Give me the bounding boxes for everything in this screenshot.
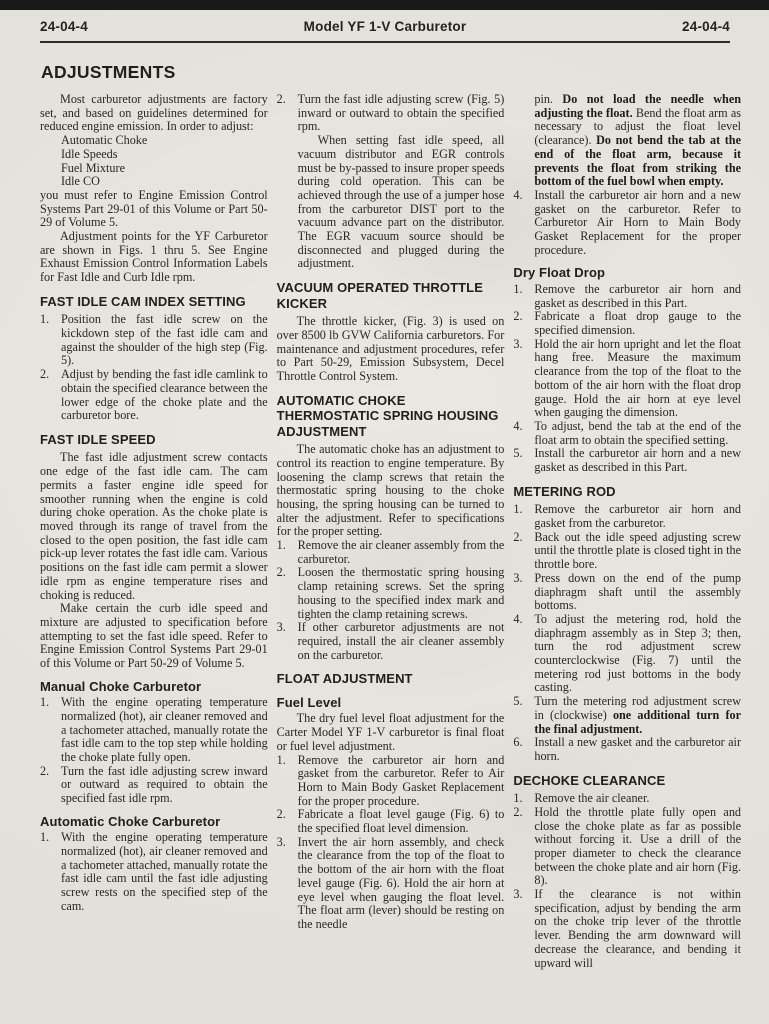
list-number: 2. (513, 310, 522, 324)
plain-list-item: Fuel Mixture (40, 162, 268, 176)
list-item: 6.Install a new gasket and the carbureto… (513, 736, 741, 763)
list-number: 5. (513, 447, 522, 461)
list-number: 1. (513, 503, 522, 517)
list-item: 4.To adjust the metering rod, hold the d… (513, 613, 741, 695)
list-item: 1.Position the fast idle screw on the ki… (40, 313, 268, 368)
list-continuation: When setting fast idle speed, all vacuum… (277, 134, 505, 271)
section-heading: AUTOMATIC CHOKE THERMOSTATIC SPRING HOUS… (277, 393, 505, 440)
list-item: 2.Back out the idle speed adjusting scre… (513, 531, 741, 572)
list-item: 1.Remove the carburetor air horn and gas… (513, 503, 741, 530)
list-item: 2.Fabricate a float level gauge (Fig. 6)… (277, 808, 505, 835)
list-item: 3.If other carburetor adjustments are no… (277, 621, 505, 662)
section-heading: METERING ROD (513, 484, 741, 500)
list-item: 1.With the engine operating temperature … (40, 696, 268, 765)
plain-list-item: Automatic Choke (40, 134, 268, 148)
list-item: 1.Remove the carburetor air horn and gas… (277, 754, 505, 809)
header-title: Model YF 1-V Carburetor (304, 19, 467, 34)
list-item: 2.Loosen the thermostatic spring housing… (277, 566, 505, 621)
list-item: 2.Turn the fast idle adjusting screw (Fi… (277, 93, 505, 134)
list-number: 4. (513, 420, 522, 434)
list-number: 2. (40, 368, 49, 382)
list-number: 1. (40, 696, 49, 710)
header-rule (40, 41, 730, 43)
list-number: 1. (513, 283, 522, 297)
paragraph: Make certain the curb idle speed and mix… (40, 602, 268, 671)
page-header: 24-04-4 Model YF 1-V Carburetor 24-04-4 (40, 19, 730, 34)
list-item: 3.Press down on the end of the pump diap… (513, 572, 741, 613)
paragraph: The automatic choke has an adjustment to… (277, 443, 505, 539)
list-item: 5.Turn the metering rod adjustment screw… (513, 695, 741, 736)
section-heading: VACUUM OPERATED THROTTLE KICKER (277, 280, 505, 311)
plain-list-item: Idle Speeds (40, 148, 268, 162)
scan-top-edge (0, 0, 769, 10)
list-number: 3. (513, 338, 522, 352)
list-item: 4.Install the carburetor air horn and a … (513, 189, 741, 258)
page-number-left: 24-04-4 (40, 19, 88, 34)
section-heading: FLOAT ADJUSTMENT (277, 671, 505, 687)
list-item: 3.If the clearance is not within specifi… (513, 888, 741, 970)
list-number: 2. (513, 531, 522, 545)
sub-heading: Automatic Choke Carburetor (40, 814, 268, 830)
sub-heading: Dry Float Drop (513, 265, 741, 281)
paragraph: The dry fuel level float adjustment for … (277, 712, 505, 753)
list-item: 4.To adjust, bend the tab at the end of … (513, 420, 741, 447)
section-heading: FAST IDLE CAM INDEX SETTING (40, 294, 268, 310)
list-number: 2. (277, 93, 286, 107)
column-3: pin. Do not load the needle when adjusti… (513, 93, 741, 970)
paragraph: Most carburetor adjustments are factory … (40, 93, 268, 134)
paragraph: The throttle kicker, (Fig. 3) is used on… (277, 315, 505, 384)
list-item: 2.Turn the fast idle adjusting screw inw… (40, 765, 268, 806)
list-continuation: pin. Do not load the needle when adjusti… (513, 93, 741, 189)
paragraph: you must refer to Engine Emission Contro… (40, 189, 268, 230)
section-heading: DECHOKE CLEARANCE (513, 773, 741, 789)
list-item: 1.Remove the air cleaner. (513, 792, 741, 806)
list-number: 3. (513, 572, 522, 586)
list-item: 3.Invert the air horn assembly, and chec… (277, 836, 505, 932)
list-number: 2. (513, 806, 522, 820)
list-number: 3. (277, 621, 286, 635)
list-item: 1.Remove the air cleaner assembly from t… (277, 539, 505, 566)
list-number: 3. (277, 836, 286, 850)
page-title: ADJUSTMENTS (41, 62, 176, 83)
page-number-right: 24-04-4 (682, 19, 730, 34)
plain-list-item: Idle CO (40, 175, 268, 189)
list-number: 4. (513, 189, 522, 203)
list-number: 6. (513, 736, 522, 750)
list-item: 2.Fabricate a float drop gauge to the sp… (513, 310, 741, 337)
list-item: 1.With the engine operating temperature … (40, 831, 268, 913)
list-number: 4. (513, 613, 522, 627)
list-item: 2.Adjust by bending the fast idle camlin… (40, 368, 268, 423)
list-number: 1. (513, 792, 522, 806)
list-item: 1.Remove the carburetor air horn and gas… (513, 283, 741, 310)
list-number: 1. (277, 754, 286, 768)
list-number: 3. (513, 888, 522, 902)
sub-heading: Fuel Level (277, 695, 505, 711)
text-columns: Most carburetor adjustments are factory … (40, 93, 741, 970)
column-2: 2.Turn the fast idle adjusting screw (Fi… (277, 93, 505, 970)
list-number: 1. (40, 313, 49, 327)
column-1: Most carburetor adjustments are factory … (40, 93, 268, 970)
list-item: 5.Install the carburetor air horn and a … (513, 447, 741, 474)
list-number: 5. (513, 695, 522, 709)
list-number: 2. (277, 808, 286, 822)
paragraph: Adjustment points for the YF Carburetor … (40, 230, 268, 285)
list-number: 1. (40, 831, 49, 845)
list-number: 1. (277, 539, 286, 553)
sub-heading: Manual Choke Carburetor (40, 679, 268, 695)
section-heading: FAST IDLE SPEED (40, 432, 268, 448)
paragraph: The fast idle adjustment screw contacts … (40, 451, 268, 602)
list-item: 3.Hold the air horn upright and let the … (513, 338, 741, 420)
list-item: 2.Hold the throttle plate fully open and… (513, 806, 741, 888)
list-number: 2. (277, 566, 286, 580)
list-number: 2. (40, 765, 49, 779)
